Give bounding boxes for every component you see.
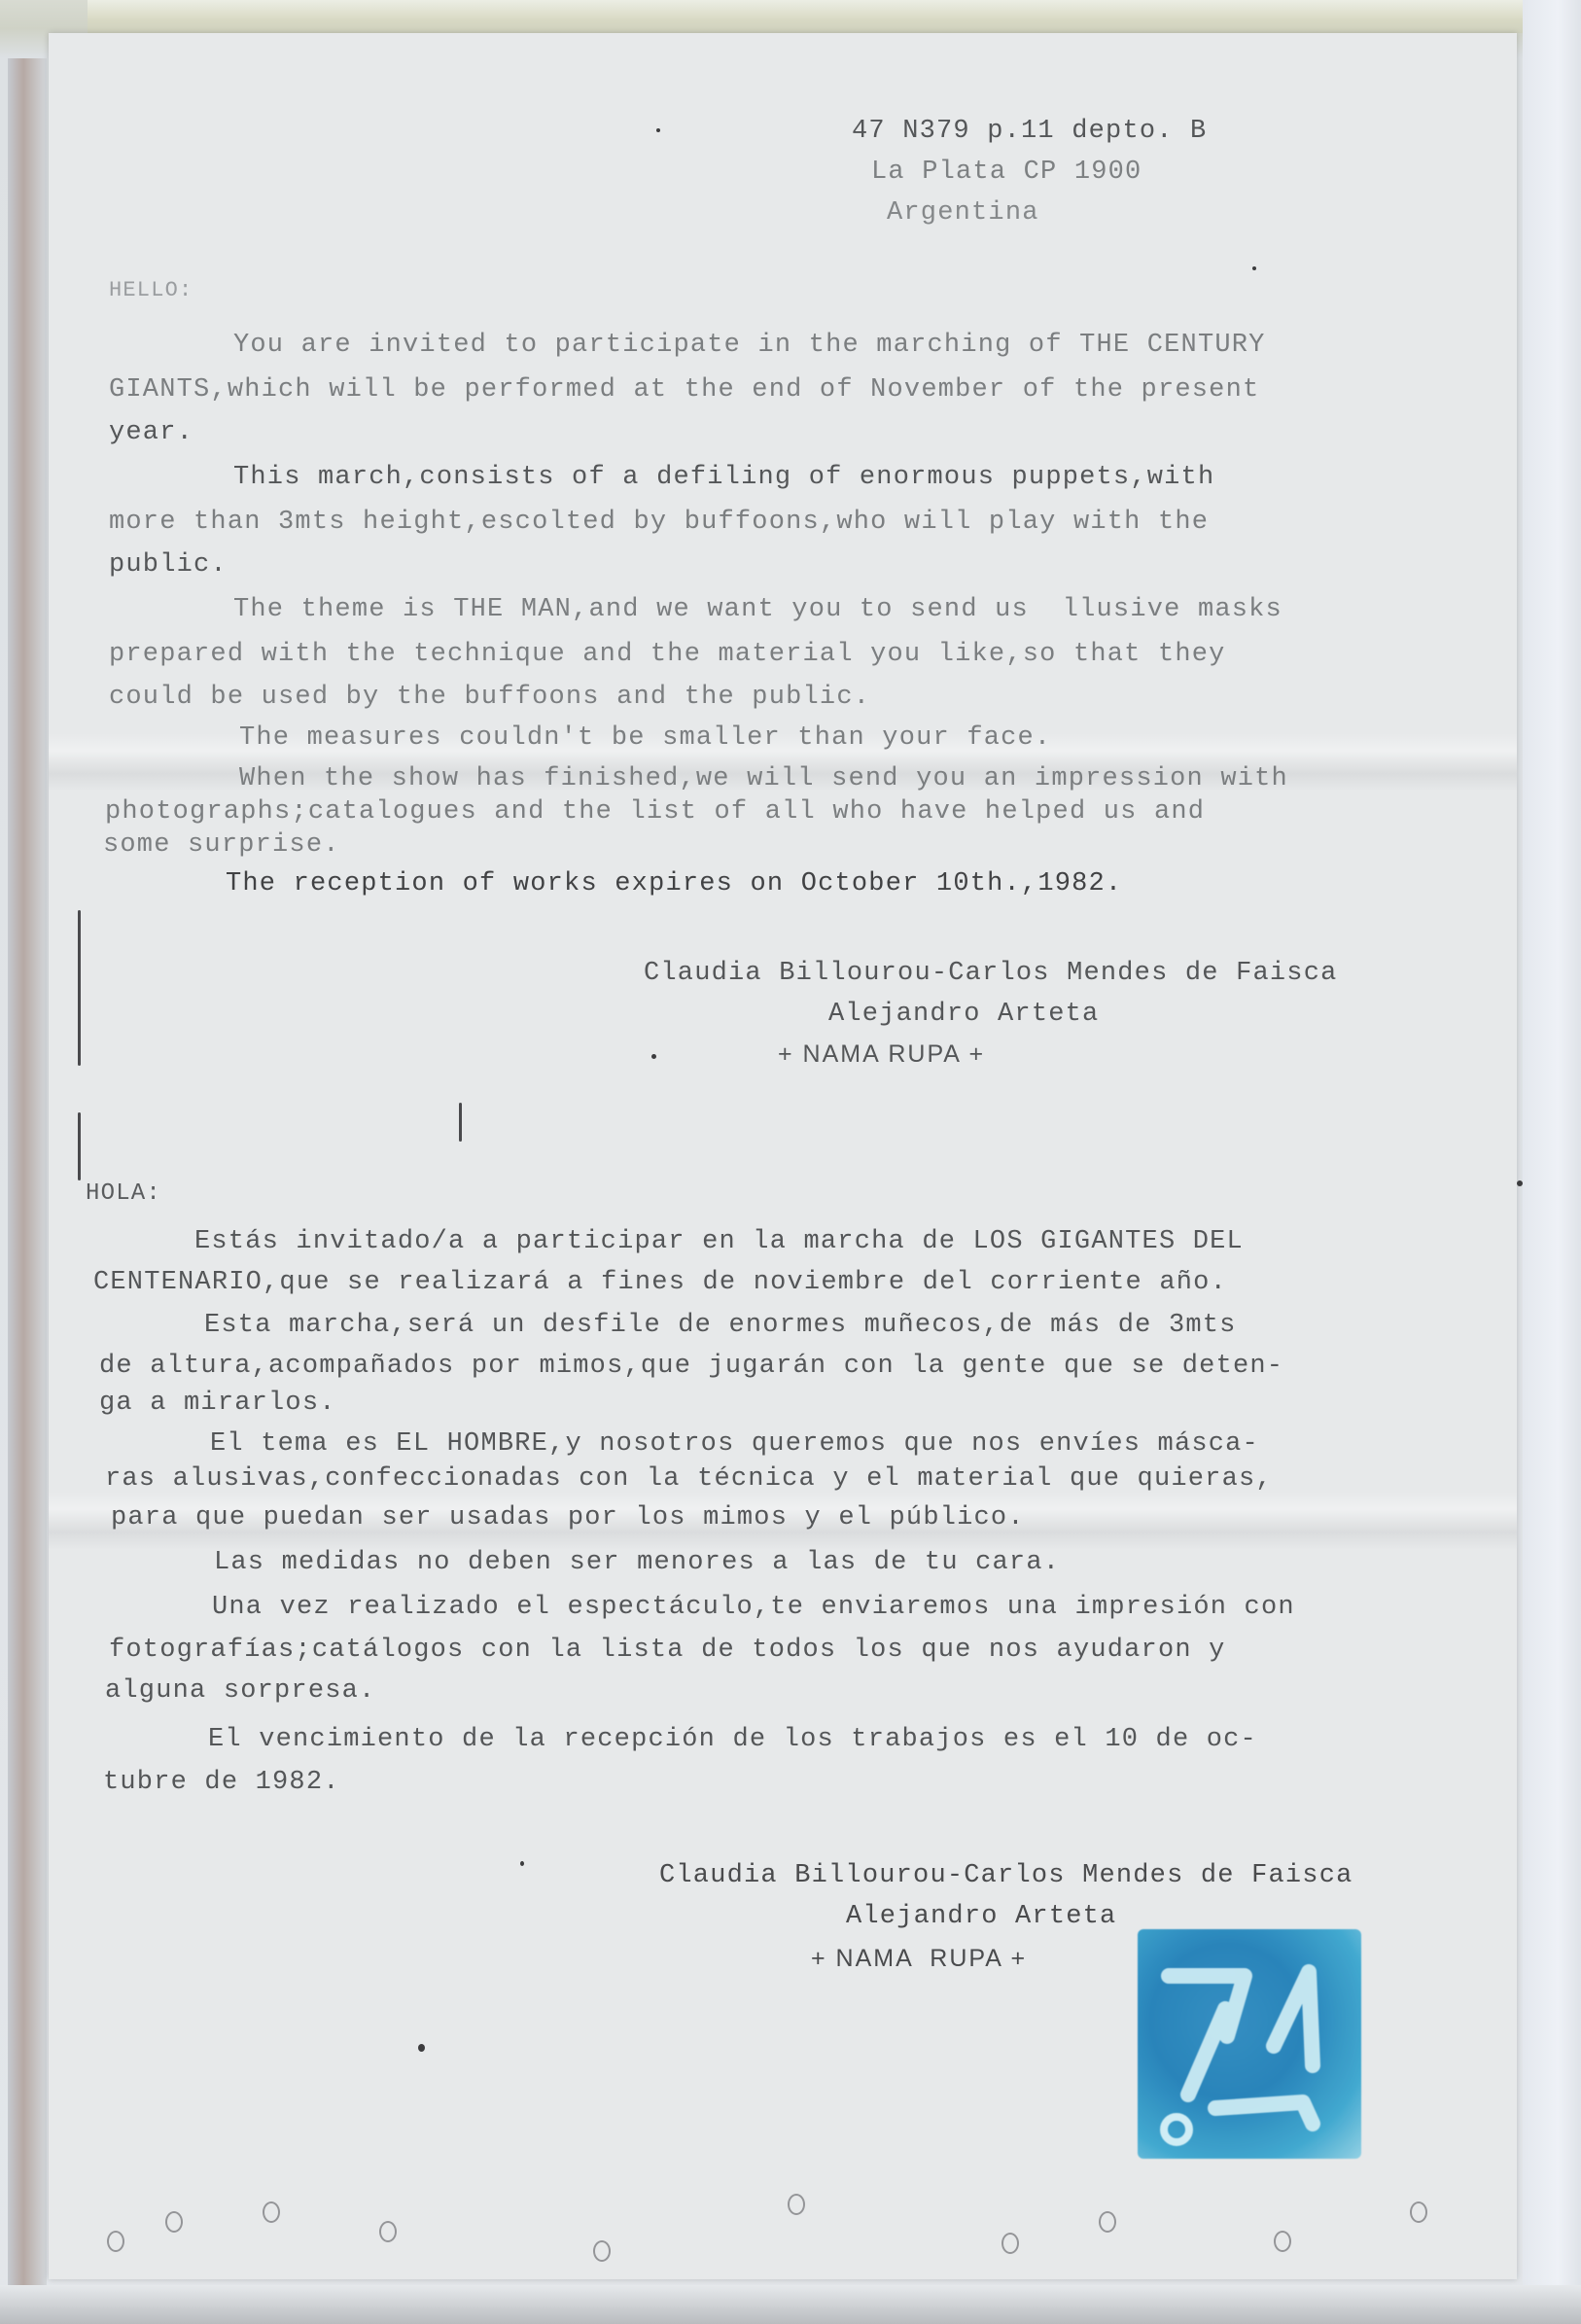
paper-bubble: [788, 2194, 805, 2215]
paragraph-line: El tema es EL HOMBRE,y nosotros queremos…: [210, 1429, 1259, 1459]
paper-bubble: [593, 2240, 611, 2262]
paragraph-line: de altura,acompañados por mimos,que juga…: [99, 1352, 1283, 1381]
paragraph-line: photographs;catalogues and the list of a…: [105, 797, 1205, 827]
greeting-english: HELLO:: [109, 278, 193, 302]
frame-right-edge: [1523, 0, 1581, 2324]
paragraph-line: could be used by the buffoons and the pu…: [109, 683, 870, 712]
paragraph-line: prepared with the technique and the mate…: [109, 640, 1226, 669]
paragraph-line: Estás invitado/a a participar en la marc…: [194, 1227, 1244, 1256]
paragraph-line: You are invited to participate in the ma…: [233, 331, 1266, 360]
paragraph-line: fotografías;catálogos con la lista de to…: [109, 1636, 1226, 1665]
paragraph-line: para que puedan ser usadas por los mimos…: [111, 1503, 1025, 1532]
address-line: La Plata CP 1900: [871, 158, 1142, 187]
paragraph-line: public.: [109, 550, 228, 580]
paragraph-line: some surprise.: [103, 830, 340, 860]
paper-bubble: [1099, 2211, 1116, 2233]
group-name: + NAMA RUPA +: [811, 1945, 1027, 1973]
paragraph-line: year.: [109, 418, 193, 447]
paragraph-line: Una vez realizado el espectáculo,te envi…: [212, 1593, 1295, 1622]
margin-mark: [459, 1103, 462, 1142]
paper-bubble: [379, 2221, 397, 2242]
address-line: 47 N379 p.11 depto. B: [852, 117, 1207, 146]
speck: [656, 128, 660, 132]
margin-mark: [78, 1112, 81, 1180]
speck: [418, 2044, 425, 2052]
margin-mark: [78, 910, 81, 1066]
paragraph-line: alguna sorpresa.: [105, 1676, 375, 1706]
paragraph-line: ga a mirarlos.: [99, 1389, 336, 1418]
paragraph-line: CENTENARIO,que se realizará a fines de n…: [93, 1268, 1227, 1297]
paper-top-flap: [88, 0, 1527, 33]
paper-bubble: [1274, 2231, 1291, 2252]
paper-bubble: [1001, 2233, 1019, 2254]
greeting-spanish: HOLA:: [86, 1180, 161, 1207]
speck: [1517, 1180, 1523, 1186]
paragraph-line: When the show has finished,we will send …: [239, 764, 1288, 793]
paragraph-line: Esta marcha,será un desfile de enormes m…: [204, 1311, 1237, 1340]
paragraph-line: This march,consists of a defiling of eno…: [233, 463, 1214, 492]
paragraph-line: GIANTS,which will be performed at the en…: [109, 375, 1259, 405]
paragraph-line: ras alusivas,confeccionadas con la técni…: [105, 1464, 1273, 1494]
deadline-line: tubre de 1982.: [103, 1768, 340, 1797]
deadline-line: El vencimiento de la recepción de los tr…: [208, 1725, 1257, 1754]
paper-bubble: [263, 2201, 280, 2223]
paragraph-line: The measures couldn't be smaller than yo…: [239, 723, 1051, 753]
paper-bubble: [1410, 2201, 1427, 2223]
signature-line: Claudia Billourou-Carlos Mendes de Faisc…: [659, 1861, 1353, 1890]
paper-bubble: [107, 2231, 124, 2252]
paper-bubble: [165, 2211, 183, 2233]
signature-line: Alejandro Arteta: [846, 1902, 1116, 1931]
frame-bottom-edge: [0, 2285, 1581, 2324]
speck: [520, 1861, 524, 1866]
speck: [651, 1054, 656, 1059]
frame-left-edge: [8, 58, 47, 2295]
paragraph-line: The theme is THE MAN,and we want you to …: [233, 595, 1282, 624]
nama-rupa-stamp-icon: [1138, 1929, 1361, 2159]
letter-sheet: 47 N379 p.11 depto. B La Plata CP 1900 A…: [49, 33, 1517, 2279]
address-line: Argentina: [887, 198, 1039, 228]
group-name: + NAMA RUPA +: [778, 1040, 985, 1069]
signature-line: Claudia Billourou-Carlos Mendes de Faisc…: [644, 959, 1338, 988]
paragraph-line: more than 3mts height,escolted by buffoo…: [109, 508, 1209, 537]
paragraph-line: Las medidas no deben ser menores a las d…: [214, 1548, 1060, 1577]
deadline-line: The reception of works expires on Octobe…: [226, 869, 1122, 898]
speck: [1252, 266, 1256, 270]
signature-line: Alejandro Arteta: [828, 1000, 1099, 1029]
